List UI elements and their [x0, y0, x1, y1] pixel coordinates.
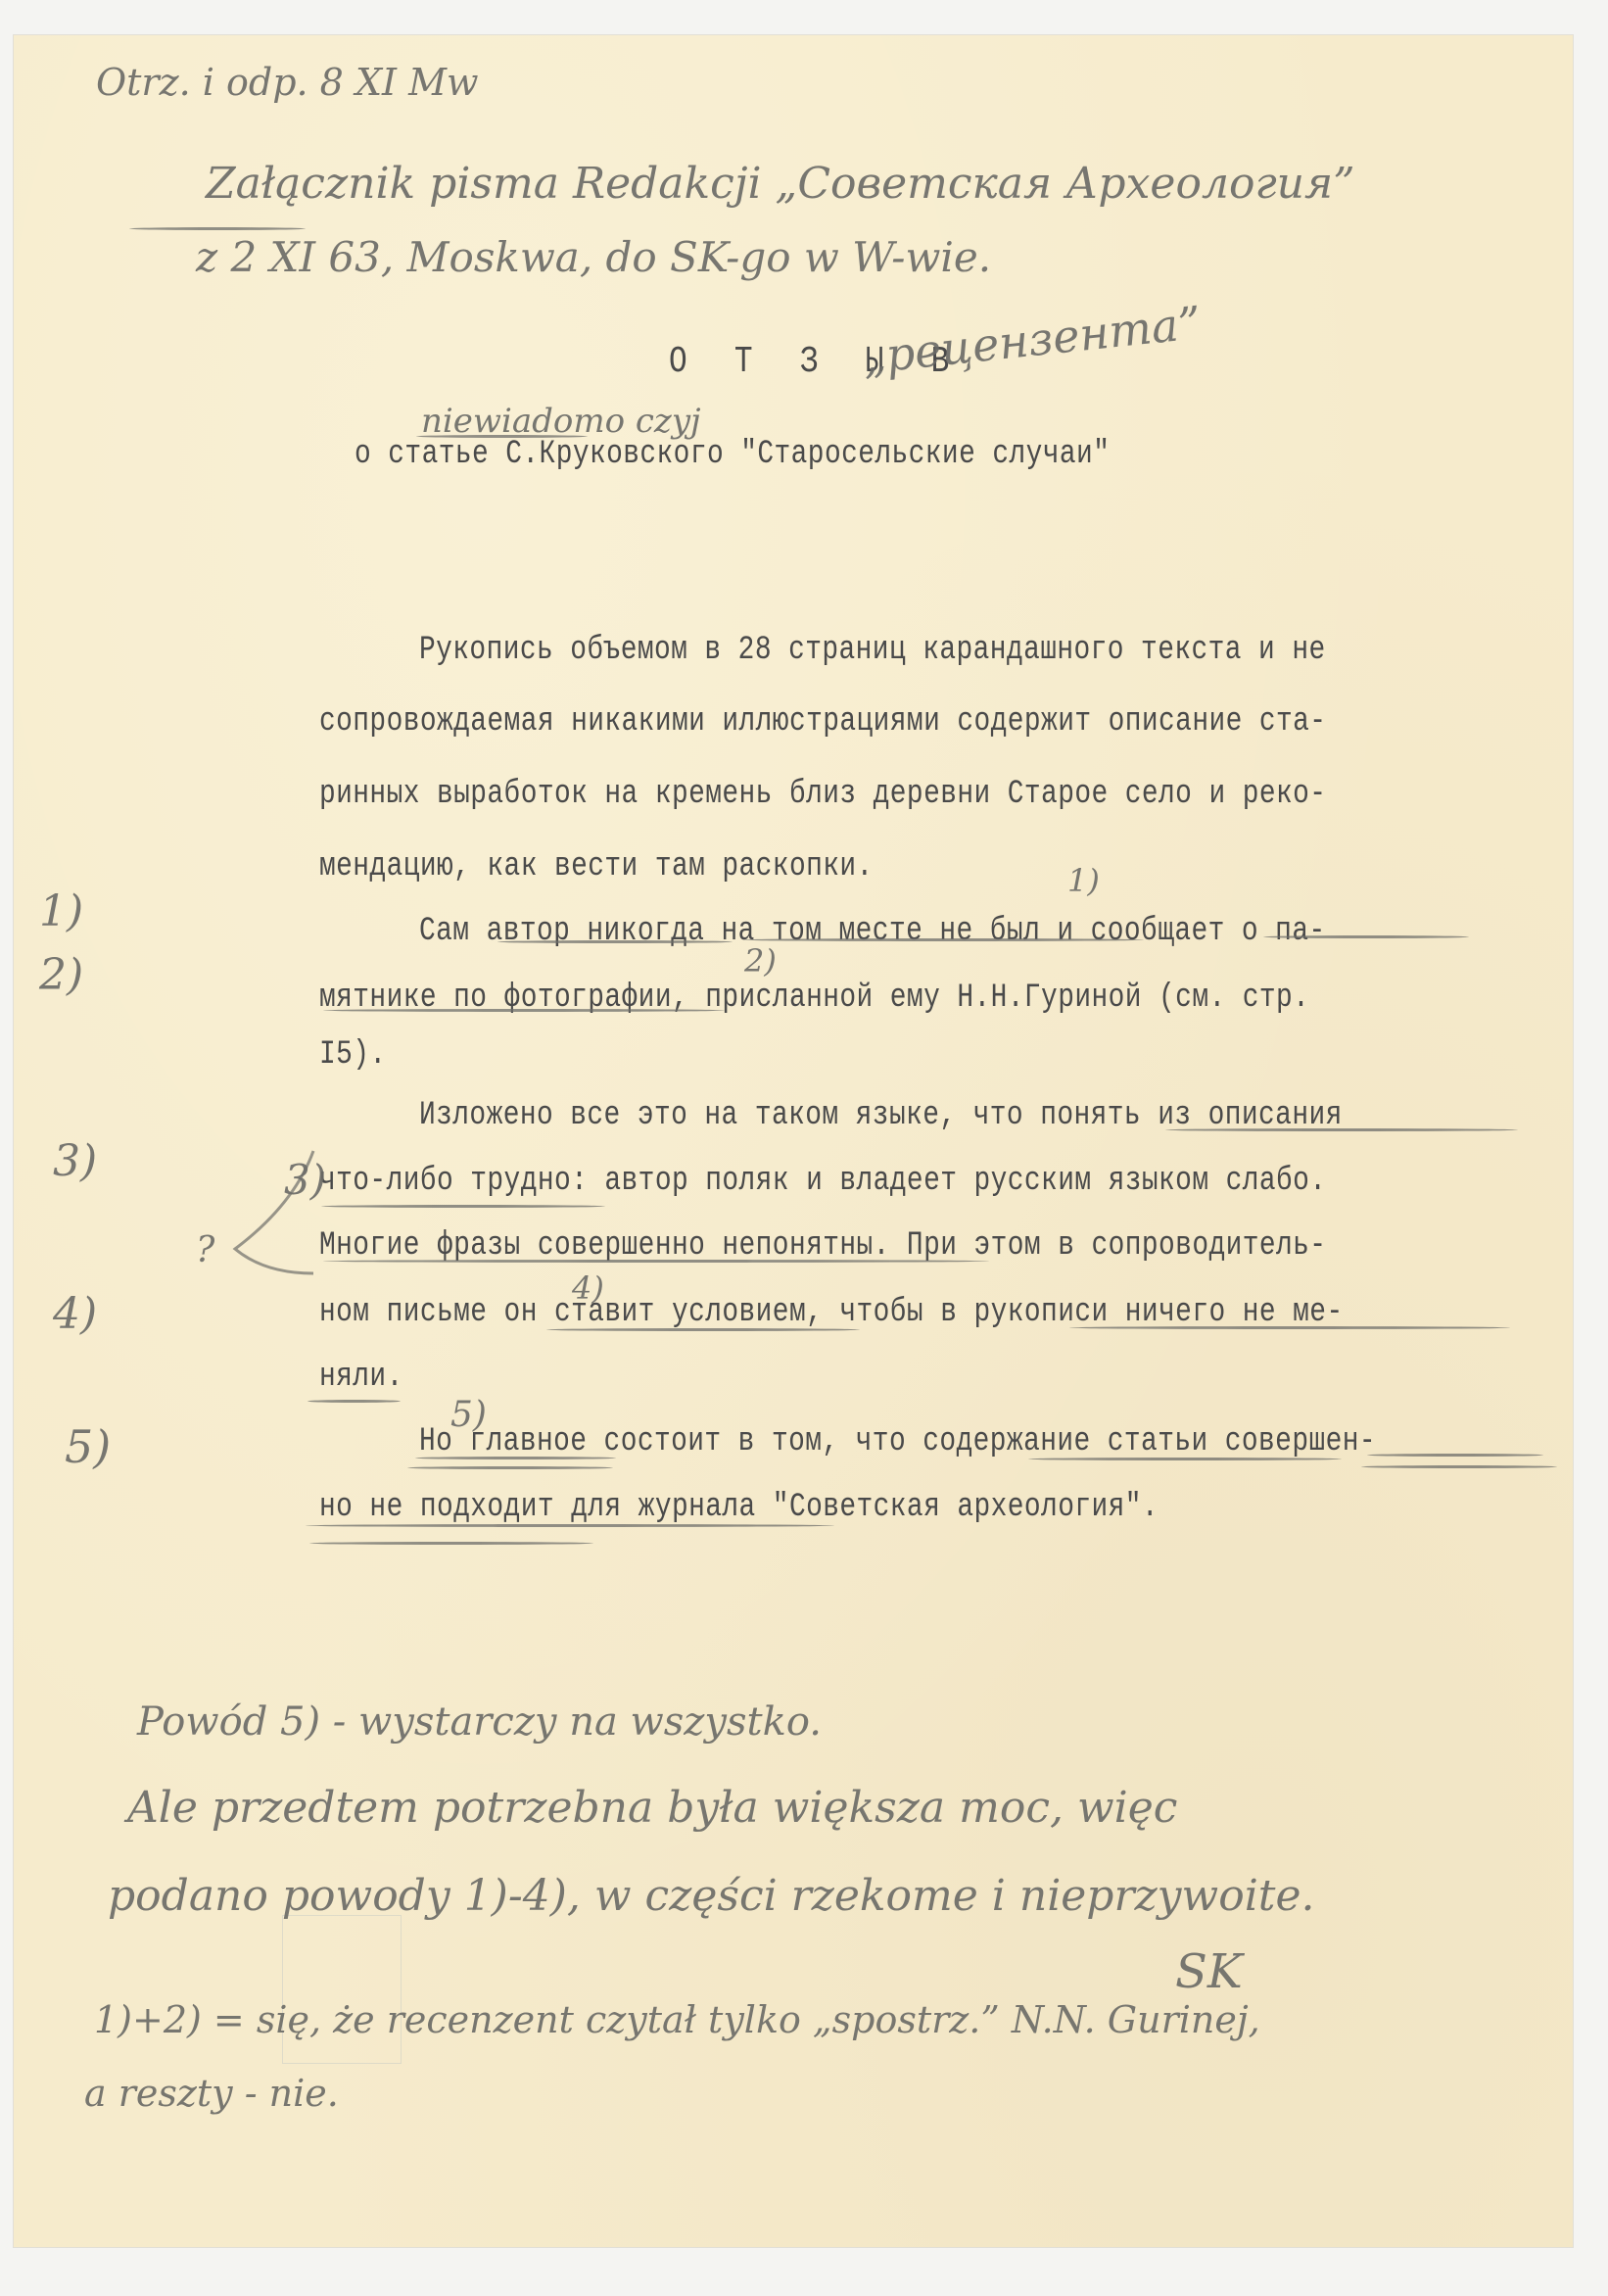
- body-line: но не подходит для журнала "Советская ар…: [319, 1489, 1159, 1526]
- margin-mark-4: 4): [53, 1289, 97, 1339]
- pencil-underline: [407, 1466, 613, 1469]
- margin-mark-1: 1): [39, 886, 83, 936]
- margin-question-mark: ?: [196, 1230, 214, 1270]
- handwritten-receipt-note: Otrz. i odp. 8 XI Mw: [96, 61, 479, 104]
- faint-stamp-showthrough: [282, 1915, 402, 2064]
- pencil-underline: [1263, 935, 1469, 938]
- pencil-underline: [1165, 1128, 1518, 1131]
- margin-mark-5: 5): [65, 1420, 111, 1473]
- body-line: мендацию, как вести там раскопки.: [319, 848, 874, 885]
- pencil-underline: [321, 1205, 605, 1208]
- body-line: Но главное состоит в том, что содержание…: [419, 1423, 1376, 1460]
- pencil-underline: [415, 1457, 616, 1459]
- inline-mark-3: 3): [284, 1156, 326, 1204]
- handwritten-footer-line: Powód 5) - wystarczy na wszystko.: [137, 1699, 822, 1745]
- handwritten-footer-line: 1)+2) = się, że recenzent czytał tylko „…: [94, 1998, 1260, 2041]
- inline-mark-1: 1): [1067, 862, 1100, 899]
- pencil-underline: [306, 1524, 834, 1527]
- inline-mark-5: 5): [450, 1395, 487, 1435]
- body-line: ринных выработок на кремень близ деревни…: [319, 776, 1326, 813]
- body-line: I5).: [319, 1036, 387, 1074]
- pencil-underline: [1069, 1326, 1510, 1329]
- handwritten-date-note: z 2 XI 63, Moskwa, do SK-go w W-wie.: [196, 233, 991, 281]
- body-line: что-либо трудно: автор поляк и владеет р…: [319, 1163, 1326, 1200]
- handwritten-footer-line: Ale przedtem potrzebna była większa moc,…: [127, 1783, 1177, 1833]
- inline-mark-2: 2): [744, 942, 777, 980]
- pencil-underline: [1361, 1465, 1557, 1468]
- pencil-underline: [323, 1009, 725, 1012]
- handwritten-footer-line: a reszty - nie.: [84, 2072, 339, 2115]
- document-subtitle: о статье С.Круковского "Старосельские сл…: [355, 436, 1110, 473]
- body-line: Рукопись объемом в 28 страниц карандашно…: [419, 632, 1326, 669]
- body-line: сопровождаемая никакими иллюстрациями со…: [319, 703, 1326, 741]
- pencil-underline: [546, 1328, 860, 1331]
- pencil-underline: [497, 940, 733, 943]
- pencil-underline: [323, 1260, 989, 1263]
- margin-mark-2: 2): [39, 950, 83, 1000]
- handwritten-attachment-note: Załącznik pisma Redakcji „Советская Архе…: [206, 159, 1355, 209]
- margin-mark-3: 3): [53, 1136, 97, 1186]
- signature-initials: SK: [1175, 1944, 1243, 1999]
- handwritten-footer-line: podano powody 1)-4), w części rzekome i …: [108, 1871, 1314, 1921]
- body-line: няли.: [319, 1359, 403, 1396]
- pencil-underline: [307, 1400, 401, 1403]
- pencil-underline: [742, 938, 1144, 941]
- pencil-underline: [129, 227, 306, 230]
- pencil-underline: [1367, 1454, 1543, 1457]
- body-line: Сам автор никогда на том месте не был и …: [419, 913, 1326, 950]
- inline-mark-4: 4): [572, 1269, 604, 1307]
- pencil-underline: [309, 1542, 593, 1545]
- pencil-underline: [1028, 1458, 1342, 1460]
